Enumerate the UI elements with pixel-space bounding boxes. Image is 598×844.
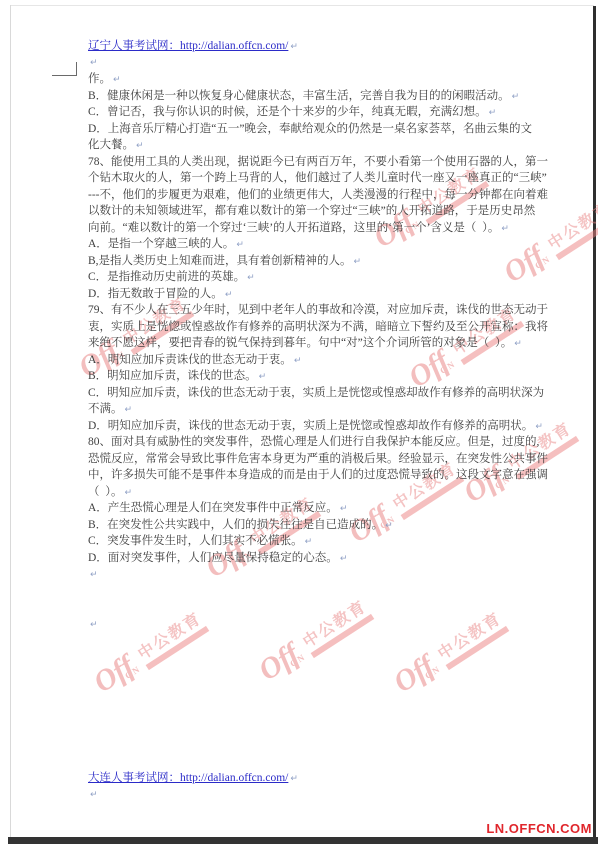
header-link[interactable]: 辽宁人事考试网：http://dalian.offcn.com/ [88,40,288,52]
text-line-content: 中，许多损失可能不是事件本身造成的而是由于人们的过度恐慌导致的。这段文字意在强调 [88,469,548,481]
text-line: C．明知应加斥责，诛伐的世态无动于衷，实质上是恍惚或惶惑却故作有修养的高明状深为 [88,385,558,402]
text-line: 向前。“难以数计的第一个穿过‘三峡’的人开拓道路，这里的‘第一个’含义是（ ）。… [88,220,558,237]
text-line: C．突发事件发生时，人们其实不必慌张。↵ [88,533,558,550]
text-line-content: 80、面对具有威胁性的突发事件，恐慌心理是人们进行自我保护本能反应。但是，过度的… [88,436,539,448]
text-line: B．在突发性公共实践中，人们的损失往往是自已造成的。↵ [88,517,558,534]
paragraph-mark-icon: ↵ [88,790,98,800]
text-line-content: ---不，他们的步履更为艰难，他们的业绩更伟大，人类漫漫的行程中，每一分钟都在向… [88,189,548,201]
text-line: ↵ [88,566,558,583]
text-line-content: B,是指人类历史上知难而进，具有着创新精神的人。 [88,255,352,267]
offcn-watermark: OffCN中公教育 [85,630,235,700]
text-line-content: 作。 [88,73,111,85]
text-line: B,是指人类历史上知难而进，具有着创新精神的人。↵ [88,253,558,270]
text-line: （ ）。↵ [88,484,558,501]
text-line: 来绝不愿这样，要把青春的锐气保持到暮年。句中“对”这个介词所管的对象是（ ）。↵ [88,335,558,352]
watermark-logo-cn: CN [288,651,308,669]
text-line [88,599,558,616]
footer-line: 大连人事考试网：http://dalian.offcn.com/↵ [88,770,298,786]
text-line-content: 向前。“难以数计的第一个穿过‘三峡’的人开拓道路，这里的‘第一个’含义是（ ）。 [88,222,499,234]
header-link-label: 辽宁人事考试网： [88,40,180,52]
paragraph-mark-icon: ↵ [123,488,133,498]
text-line: 80、面对具有威胁性的突发事件，恐慌心理是人们进行自我保护本能反应。但是，过度的… [88,434,558,451]
paragraph-mark-icon: ↵ [499,224,509,234]
text-line-content: B．健康休闲是一种以恢复身心健康状态，丰富生活，完善自我为目的的闲暇活动。 [88,90,510,102]
paragraph-mark-icon: ↵ [88,570,98,580]
page-header: 辽宁人事考试网：http://dalian.offcn.com/↵ ↵ [88,38,298,70]
text-line: 以数计的未知领域进军，都有难以数计的第一个穿过“三峡”的人开拓道路，于是历史昂然 [88,203,558,220]
text-line: 衷，实质上是恍惚或惶惑故作有修养的高明状深为不满，暗暗立下誓约及至公开宣称：我将 [88,319,558,336]
text-line-content: D．面对突发事件，人们应尽量保持稳定的心态。 [88,552,338,564]
footer-empty-line: ↵ [88,786,298,802]
text-line: C．是指推动历史前进的英雄。↵ [88,269,558,286]
page-border-left [10,5,11,837]
text-line-content: 以数计的未知领域进军，都有难以数计的第一个穿过“三峡”的人开拓道路，于是历史昂然 [88,205,535,217]
text-line-content: D．上海音乐厅精心打造“五一”晚会，奉献给观众的仍然是一桌名家荟萃，名曲云集的文 [88,123,532,135]
paragraph-mark-icon: ↵ [88,620,98,630]
paragraph-mark-icon: ↵ [487,108,497,118]
text-line: B．明知应加斥责，诛伐的世态。↵ [88,368,558,385]
text-line: 个钻木取火的人，第一个跨上马背的人，他们越过了人类儿童时代一座又一座真正的“三峡… [88,170,558,187]
paragraph-mark-icon: ↵ [383,521,393,531]
text-line: 79、有不少人在三五少年时，见到中老年人的事故和冷漠，对应加斥责，诛伐的世态无动… [88,302,558,319]
text-line-content: 恐慌反应，常常会导致比事件危害本身更为严重的消极后果。经验显示，在突发性公共事件 [88,453,548,465]
watermark-logo-cn: CN [123,663,143,681]
watermark-logo-script: Off [89,651,140,699]
paragraph-mark-icon: ↵ [111,75,121,85]
offcn-watermark: OffCN中公教育 [385,630,535,700]
text-line-content: B．明知应加斥责，诛伐的世态。 [88,370,257,382]
text-line: C．曾记否，我与你认识的时候，还是个十来岁的少年，纯真无暇，充满幻想。↵ [88,104,558,121]
paragraph-mark-icon: ↵ [134,141,144,151]
text-line-content: C．是指推动历史前进的英雄。 [88,271,245,283]
text-line-content: C．突发事件发生时，人们其实不必慌张。 [88,535,303,547]
document-body: 作。↵B．健康休闲是一种以恢复身心健康状态，丰富生活，完善自我为目的的闲暇活动。… [88,71,558,632]
header-empty-line: ↵ [88,54,298,70]
paragraph-mark-icon: ↵ [223,290,233,300]
text-line: 不满。↵ [88,401,558,418]
paragraph-mark-icon: ↵ [533,422,543,432]
text-line-content: （ ）。 [88,486,123,498]
text-line: 中，许多损失可能不是事件本身造成的而是由于人们的过度恐慌导致的。这段文字意在强调 [88,467,558,484]
text-line: A．产生恐慌心理是人们在突发事件中正常反应。↵ [88,500,558,517]
text-line: D．指无数敢于冒险的人。↵ [88,286,558,303]
paragraph-mark-icon: ↵ [288,42,298,52]
text-line: D．面对突发事件，人们应尽量保持稳定的心态。↵ [88,550,558,567]
text-line-content: 79、有不少人在三五少年时，见到中老年人的事故和冷漠，对应加斥责，诛伐的世态无动… [88,304,548,316]
paragraph-mark-icon: ↵ [257,372,267,382]
page-border-top [10,5,594,6]
text-line-content: 化大餐。 [88,139,134,151]
header-line: 辽宁人事考试网：http://dalian.offcn.com/↵ [88,38,298,54]
footer-link-label: 大连人事考试网： [88,772,180,784]
text-line: 恐慌反应，常常会导致比事件危害本身更为严重的消极后果。经验显示，在突发性公共事件 [88,451,558,468]
watermark-logo-script: Off [389,651,440,699]
offcn-site-badge: LN.OFFCN.COM [486,821,592,836]
page-border-right [593,6,596,837]
watermark-banner [446,626,510,670]
footer-link[interactable]: 大连人事考试网：http://dalian.offcn.com/ [88,772,288,784]
text-line: ↵ [88,616,558,633]
paragraph-mark-icon: ↵ [288,774,298,784]
paragraph-mark-icon: ↵ [512,339,522,349]
watermark-banner [146,626,210,670]
paragraph-mark-icon: ↵ [234,240,244,250]
text-line: B．健康休闲是一种以恢复身心健康状态，丰富生活，完善自我为目的的闲暇活动。↵ [88,88,558,105]
watermark-banner [556,216,598,260]
text-line: A．明知应加斥责诛伐的世态无动于衷。↵ [88,352,558,369]
text-line: D．上海音乐厅精心打造“五一”晚会，奉献给观众的仍然是一桌名家荟萃，名曲云集的文 [88,121,558,138]
text-line-content: B．在突发性公共实践中，人们的损失往往是自已造成的。 [88,519,383,531]
text-line-content: A．明知应加斥责诛伐的世态无动于衷。 [88,354,292,366]
text-line-content: 来绝不愿这样，要把青春的锐气保持到暮年。句中“对”这个介词所管的对象是（ ）。 [88,337,512,349]
text-line-content: 衷，实质上是恍惚或惶惑故作有修养的高明状深为不满，暗暗立下誓约及至公开宣称：我将 [88,321,548,333]
text-line-content: 78、能使用工具的人类出现，据说距今已有两百万年，不要小看第一个使用石器的人，第… [88,156,548,168]
paragraph-mark-icon: ↵ [510,92,520,102]
text-line-content: C．明知应加斥责，诛伐的世态无动于衷，实质上是恍惚或惶惑却故作有修养的高明状深为 [88,387,544,399]
paragraph-mark-icon: ↵ [88,58,98,68]
paragraph-mark-icon: ↵ [245,273,255,283]
text-line-content: A．产生恐慌心理是人们在突发事件中正常反应。 [88,502,338,514]
text-line: 78、能使用工具的人类出现，据说距今已有两百万年，不要小看第一个使用石器的人，第… [88,154,558,171]
margin-corner-mark [52,62,77,76]
page-border-bottom [8,837,598,844]
text-line: 作。↵ [88,71,558,88]
paragraph-mark-icon: ↵ [123,405,133,415]
text-line: D．明知应加斥责，诛伐的世态无动于衷，实质上是恍惚或惶惑却故作有修养的高明状。↵ [88,418,558,435]
text-line-content: C．曾记否，我与你认识的时候，还是个十来岁的少年，纯真无暇，充满幻想。 [88,106,487,118]
footer-link-url: http://dalian.offcn.com/ [180,772,288,784]
paragraph-mark-icon: ↵ [292,356,302,366]
paragraph-mark-icon: ↵ [338,554,348,564]
paragraph-mark-icon: ↵ [352,257,362,267]
text-line-content: 个钻木取火的人，第一个跨上马背的人，他们越过了人类儿童时代一座又一座真正的“三峡… [88,172,547,184]
text-line-content: D．指无数敢于冒险的人。 [88,288,223,300]
text-line [88,583,558,600]
text-line-content: D．明知应加斥责，诛伐的世态无动于衷，实质上是恍惚或惶惑却故作有修养的高明状。 [88,420,533,432]
text-line: ---不，他们的步履更为艰难，他们的业绩更伟大，人类漫漫的行程中，每一分钟都在向… [88,187,558,204]
paragraph-mark-icon: ↵ [303,537,313,547]
header-link-url: http://dalian.offcn.com/ [180,40,288,52]
paragraph-mark-icon: ↵ [338,504,348,514]
text-line: 化大餐。↵ [88,137,558,154]
page-footer: 大连人事考试网：http://dalian.offcn.com/↵ ↵ [88,770,298,802]
watermark-logo-script: Off [254,639,305,687]
watermark-logo-cn: CN [423,663,443,681]
text-line-content: 不满。 [88,403,123,415]
text-line: A．是指一个穿越三峡的人。↵ [88,236,558,253]
document-page: OffCN中公教育OffCN中公教育OffCN中公教育OffCN中公教育OffC… [0,0,598,844]
text-line-content: A．是指一个穿越三峡的人。 [88,238,234,250]
